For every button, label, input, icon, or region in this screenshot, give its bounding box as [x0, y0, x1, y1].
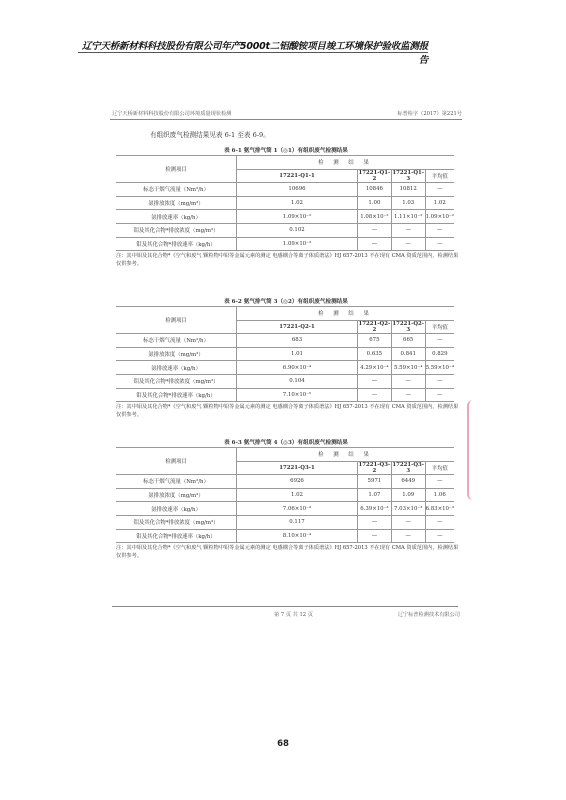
row-item: 钼及其化合物*排放浓度（mg/m³）	[116, 223, 237, 237]
table-row: 标态干烟气流量（Nm³/h）683675665—	[116, 334, 454, 348]
row-value: 0.104	[237, 374, 358, 388]
sample-code-header: 17221-Q1-1	[237, 169, 358, 183]
table-note: 注：其中钼及其化合物*《空气和废气 颗粒物中铅等金属元素的测定 电感耦合等离子体…	[116, 252, 461, 269]
row-value: —	[425, 388, 454, 402]
row-value: —	[391, 374, 425, 388]
table-header-row: 检测项目检 测 结 果	[116, 448, 454, 462]
row-item: 氨排放速率（kg/h）	[116, 502, 237, 516]
table-row: 钼及其化合物*排放浓度（mg/m³）0.104———	[116, 374, 454, 388]
row-value: 1.07	[358, 488, 392, 502]
row-value: 1.09	[391, 488, 425, 502]
row-value: —	[425, 237, 454, 251]
row-value: 1.02	[425, 196, 454, 210]
row-value: 1.09×10⁻²	[237, 210, 358, 224]
row-value: 1.08×10⁻²	[358, 210, 392, 224]
table-row: 钼及其化合物*排放速率（kg/h）7.10×10⁻⁵———	[116, 388, 454, 402]
table-row: 氨排放浓度（mg/m³）1.021.071.091.06	[116, 488, 454, 502]
header-item: 检测项目	[116, 156, 237, 183]
header-item: 检测项目	[116, 448, 237, 475]
row-value: 5971	[358, 475, 392, 489]
table-row: 氨排放浓度（mg/m³）1.021.001.031.02	[116, 196, 454, 210]
row-value: —	[425, 515, 454, 529]
scanned-document-page: 辽宁天桥新材料科技股份有限公司环境质量现状检测 标普检字（2017）第221号 …	[106, 103, 466, 603]
results-table: 检测项目检 测 结 果17221-Q2-117221-Q2-217221-Q2-…	[116, 306, 454, 402]
row-value: —	[358, 223, 392, 237]
row-value: 1.03	[391, 196, 425, 210]
row-value: —	[425, 529, 454, 543]
row-item: 钼及其化合物*排放速率（kg/h）	[116, 529, 237, 543]
table-note: 注：其中钼及其化合物*《空气和废气 颗粒物中铅等金属元素的测定 电感耦合等离子体…	[116, 544, 461, 561]
document-footer-company: 辽宁标普检测技术有限公司	[398, 611, 460, 618]
row-value: —	[358, 515, 392, 529]
table-header-row: 检测项目检 测 结 果	[116, 307, 454, 321]
row-value: 7.06×10⁻³	[237, 502, 358, 516]
row-value: —	[358, 237, 392, 251]
row-value: 1.02	[237, 196, 358, 210]
table-row: 钼及其化合物*排放速率（kg/h）1.09×10⁻³———	[116, 237, 454, 251]
row-value: 0.102	[237, 223, 358, 237]
row-value: 5.59×10⁻⁴	[391, 361, 425, 375]
header-average: 平均值	[425, 461, 454, 475]
row-value: 0.829	[425, 347, 454, 361]
document-header: 辽宁天桥新材料科技股份有限公司环境质量现状检测 标普检字（2017）第221号	[112, 110, 462, 117]
table-row: 氨排放速率（kg/h）1.09×10⁻²1.08×10⁻²1.11×10⁻²1.…	[116, 210, 454, 224]
sample-code-header: 17221-Q2-2	[358, 320, 392, 334]
table-caption: 表 6-2 氨气排气筒 3（◎2）有组织废气检测结果	[106, 297, 466, 305]
row-value: —	[358, 388, 392, 402]
row-value: 10846	[358, 183, 392, 197]
row-item: 标态干烟气流量（Nm³/h）	[116, 334, 237, 348]
row-value: —	[391, 237, 425, 251]
row-value: 1.06	[425, 488, 454, 502]
sample-code-header: 17221-Q3-1	[237, 461, 358, 475]
sample-code-header: 17221-Q3-3	[391, 461, 425, 475]
row-item: 钼及其化合物*排放速率（kg/h）	[116, 388, 237, 402]
row-value: 665	[391, 334, 425, 348]
row-value: 10812	[391, 183, 425, 197]
row-item: 氨排放浓度（mg/m³）	[116, 488, 237, 502]
table-row: 氨排放速率（kg/h）7.06×10⁻³6.39×10⁻³7.03×10⁻³6.…	[116, 502, 454, 516]
results-table: 检测项目检 测 结 果17221-Q3-117221-Q3-217221-Q3-…	[116, 447, 454, 543]
header-results: 检 测 结 果	[237, 156, 455, 170]
row-value: 6.83×10⁻³	[425, 502, 454, 516]
row-value: —	[358, 374, 392, 388]
table-row: 氨排放浓度（mg/m³）1.010.6350.8410.829	[116, 347, 454, 361]
document-header-rule	[110, 119, 462, 120]
row-value: 1.11×10⁻²	[391, 210, 425, 224]
row-value: 1.02	[237, 488, 358, 502]
row-item: 钼及其化合物*排放速率（kg/h）	[116, 237, 237, 251]
row-value: 1.09×10⁻³	[237, 237, 358, 251]
page-number: 68	[0, 739, 566, 749]
table-row: 钼及其化合物*排放浓度（mg/m³）0.117———	[116, 515, 454, 529]
row-value: 675	[358, 334, 392, 348]
row-value: 0.117	[237, 515, 358, 529]
row-value: 8.10×10⁻⁴	[237, 529, 358, 543]
document-footer-page: 第 7 页 共 12 页	[274, 611, 313, 618]
table-row: 钼及其化合物*排放浓度（mg/m³）0.102———	[116, 223, 454, 237]
header-item: 检测项目	[116, 307, 237, 334]
row-value: 1.09×10⁻²	[425, 210, 454, 224]
row-item: 氨排放速率（kg/h）	[116, 210, 237, 224]
sample-code-header: 17221-Q1-2	[358, 169, 392, 183]
row-value: 0.841	[391, 347, 425, 361]
row-value: 0.635	[358, 347, 392, 361]
table-row: 氨排放速率（kg/h）6.90×10⁻⁴4.29×10⁻⁴5.59×10⁻⁴5.…	[116, 361, 454, 375]
report-header-rule	[78, 52, 428, 53]
sample-code-header: 17221-Q1-3	[391, 169, 425, 183]
table-header-row: 检测项目检 测 结 果	[116, 156, 454, 170]
table-row: 标态干烟气流量（Nm³/h）692659716449—	[116, 475, 454, 489]
row-value: 1.01	[237, 347, 358, 361]
row-value: —	[391, 515, 425, 529]
sample-code-header: 17221-Q2-1	[237, 320, 358, 334]
row-value: —	[425, 374, 454, 388]
row-value: —	[425, 223, 454, 237]
row-item: 标态干烟气流量（Nm³/h）	[116, 183, 237, 197]
row-item: 氨排放速率（kg/h）	[116, 361, 237, 375]
header-results: 检 测 结 果	[237, 307, 455, 321]
row-value: —	[425, 475, 454, 489]
row-value: 1.00	[358, 196, 392, 210]
table-note: 注：其中钼及其化合物*《空气和废气 颗粒物中铅等金属元素的测定 电感耦合等离子体…	[116, 403, 461, 420]
row-item: 钼及其化合物*排放浓度（mg/m³）	[116, 374, 237, 388]
row-item: 标态干烟气流量（Nm³/h）	[116, 475, 237, 489]
row-value: 6.90×10⁻⁴	[237, 361, 358, 375]
table-row: 标态干烟气流量（Nm³/h）106961084610812—	[116, 183, 454, 197]
header-average: 平均值	[425, 169, 454, 183]
document-header-left: 辽宁天桥新材料科技股份有限公司环境质量现状检测	[112, 110, 231, 117]
row-value: —	[391, 223, 425, 237]
row-value: 4.29×10⁻⁴	[358, 361, 392, 375]
row-value: 7.10×10⁻⁵	[237, 388, 358, 402]
row-value: 6449	[391, 475, 425, 489]
row-value: 7.03×10⁻³	[391, 502, 425, 516]
document-footer-rule	[112, 606, 458, 607]
document-header-right: 标普检字（2017）第221号	[397, 110, 462, 117]
row-value: 5.59×10⁻⁴	[425, 361, 454, 375]
header-results: 检 测 结 果	[237, 448, 455, 462]
row-value: 6926	[237, 475, 358, 489]
row-value: —	[391, 388, 425, 402]
row-item: 氨排放浓度（mg/m³）	[116, 347, 237, 361]
row-value: 6.39×10⁻³	[358, 502, 392, 516]
row-item: 钼及其化合物*排放浓度（mg/m³）	[116, 515, 237, 529]
sample-code-header: 17221-Q3-2	[358, 461, 392, 475]
sample-code-header: 17221-Q2-3	[391, 320, 425, 334]
intro-text: 有组织废气检测结果见表 6-1 至表 6-9。	[150, 129, 270, 139]
red-stamp-edge	[467, 400, 480, 500]
header-average: 平均值	[425, 320, 454, 334]
row-value: 683	[237, 334, 358, 348]
row-value: 10696	[237, 183, 358, 197]
row-value: —	[425, 183, 454, 197]
row-value: —	[425, 334, 454, 348]
row-item: 氨排放浓度（mg/m³）	[116, 196, 237, 210]
table-caption: 表 6-3 氨气排气筒 4（◎3）有组织废气检测结果	[106, 438, 466, 446]
results-table: 检测项目检 测 结 果17221-Q1-117221-Q1-217221-Q1-…	[116, 155, 454, 251]
table-caption: 表 6-1 氨气排气筒 1（◎1）有组织废气检测结果	[106, 146, 466, 154]
row-value: —	[358, 529, 392, 543]
row-value: —	[391, 529, 425, 543]
table-row: 钼及其化合物*排放速率（kg/h）8.10×10⁻⁴———	[116, 529, 454, 543]
